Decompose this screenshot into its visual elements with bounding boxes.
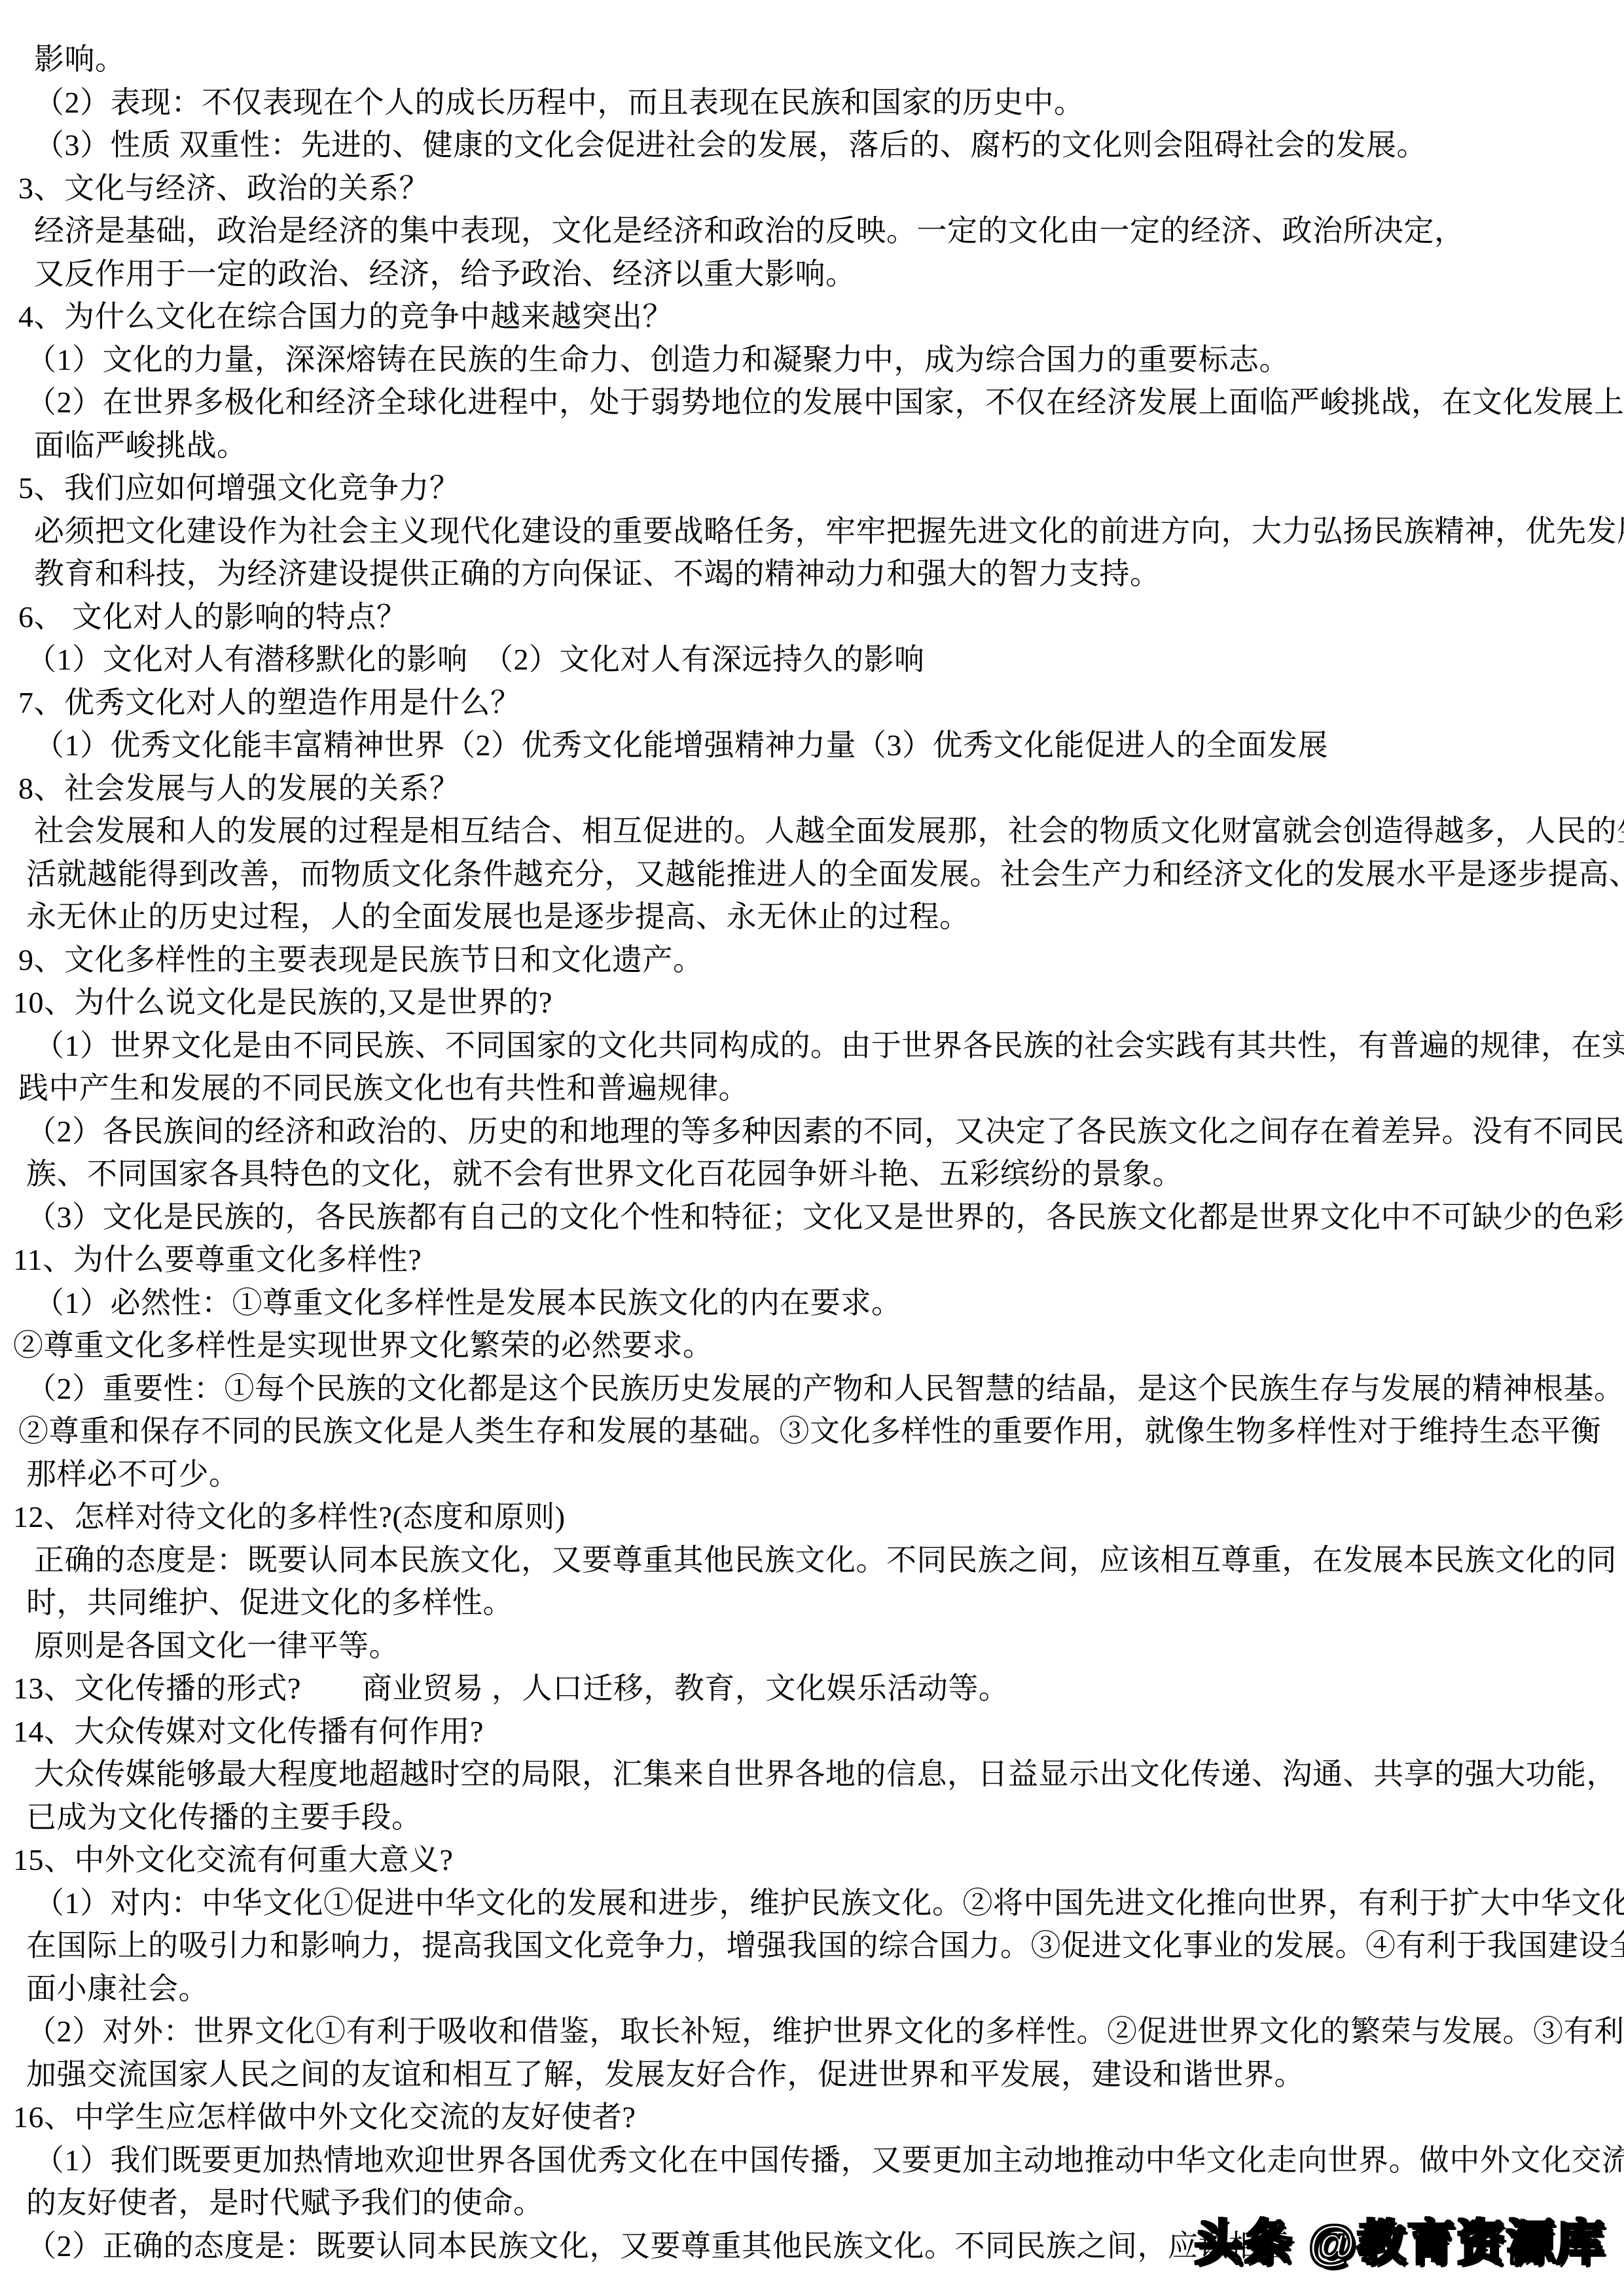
text-line: （3）文化是民族的，各民族都有自己的文化个性和特征；文化又是世界的，各民族文化都… <box>0 1196 1624 1239</box>
text-line: 10、为什么说文化是民族的,又是世界的? <box>0 981 1624 1024</box>
text-line: （1）我们既要更加热情地欢迎世界各国优秀文化在中国传播，又要更加主动地推动中华文… <box>0 2139 1624 2182</box>
text-line: ②尊重文化多样性是实现世界文化繁荣的必然要求。 <box>0 1324 1624 1367</box>
text-line: 3、文化与经济、政治的关系？ <box>0 167 1624 210</box>
document-page: 影响。（2）表现：不仅表现在个人的成长历程中，而且表现在民族和国家的历史中。（3… <box>0 0 1624 2296</box>
text-line: 社会发展和人的发展的过程是相互结合、相互促进的。人越全面发展那，社会的物质文化财… <box>0 810 1624 853</box>
text-line: 加强交流国家人民之间的友谊和相互了解，发展友好合作，促进世界和平发展，建设和谐世… <box>0 2053 1624 2096</box>
text-line: 必须把文化建设作为社会主义现代化建设的重要战略任务，牢牢把握先进文化的前进方向，… <box>0 510 1624 553</box>
text-line: 5、我们应如何增强文化竞争力？ <box>0 467 1624 510</box>
text-line: 大众传媒能够最大程度地超越时空的局限，汇集来自世界各地的信息，日益显示出文化传递… <box>0 1753 1624 1796</box>
text-line: （2）各民族间的经济和政治的、历史的和地理的等多种因素的不同，又决定了各民族文化… <box>0 1110 1624 1153</box>
text-line: 14、大众传媒对文化传播有何作用? <box>0 1710 1624 1753</box>
text-line: （1）对内：中华文化①促进中华文化的发展和进步，维护民族文化。②将中国先进文化推… <box>0 1882 1624 1925</box>
text-line: 16、中学生应怎样做中外文化交流的友好使者? <box>0 2096 1624 2139</box>
text-line: 9、文化多样性的主要表现是民族节日和文化遗产。 <box>0 939 1624 982</box>
text-line: 那样必不可少。 <box>0 1453 1624 1496</box>
text-line: （2）重要性：①每个民族的文化都是这个民族历史发展的产物和人民智慧的结晶，是这个… <box>0 1367 1624 1410</box>
text-line: 族、不同国家各具特色的文化，就不会有世界文化百花园争妍斗艳、五彩缤纷的景象。 <box>0 1153 1624 1196</box>
text-line: 原则是各国文化一律平等。 <box>0 1624 1624 1668</box>
watermark: 头条 @教育资源库 <box>1194 2204 1606 2274</box>
text-line: （1）优秀文化能丰富精神世界（2）优秀文化能增强精神力量（3）优秀文化能促进人的… <box>0 724 1624 767</box>
text-line: 永无休止的历史过程，人的全面发展也是逐步提高、永无休止的过程。 <box>0 895 1624 939</box>
text-line: 已成为文化传播的主要手段。 <box>0 1796 1624 1839</box>
text-line: 践中产生和发展的不同民族文化也有共性和普遍规律。 <box>0 1067 1624 1110</box>
text-line: （3）性质 双重性：先进的、健康的文化会促进社会的发展，落后的、腐朽的文化则会阻… <box>0 124 1624 167</box>
text-line: 时，共同维护、促进文化的多样性。 <box>0 1581 1624 1624</box>
text-line: 11、为什么要尊重文化多样性? <box>0 1238 1624 1282</box>
text-line: 7、优秀文化对人的塑造作用是什么？ <box>0 681 1624 725</box>
text-line: （1）必然性：①尊重文化多样性是发展本民族文化的内在要求。 <box>0 1282 1624 1325</box>
text-line: 经济是基础，政治是经济的集中表现，文化是经济和政治的反映。一定的文化由一定的经济… <box>0 209 1624 253</box>
text-line: 正确的态度是：既要认同本民族文化，又要尊重其他民族文化。不同民族之间，应该相互尊… <box>0 1539 1624 1582</box>
text-line: 在国际上的吸引力和影响力，提高我国文化竞争力，增强我国的综合国力。③促进文化事业… <box>0 1924 1624 1967</box>
text-line: 面临严峻挑战。 <box>0 424 1624 467</box>
text-line: （2）对外：世界文化①有利于吸收和借鉴，取长补短，维护世界文化的多样性。②促进世… <box>0 2010 1624 2053</box>
text-line: 6、 文化对人的影响的特点？ <box>0 596 1624 639</box>
text-line: （2）在世界多极化和经济全球化进程中，处于弱势地位的发展中国家，不仅在经济发展上… <box>0 381 1624 424</box>
document-body: 影响。（2）表现：不仅表现在个人的成长历程中，而且表现在民族和国家的历史中。（3… <box>0 0 1624 2267</box>
text-line: 面小康社会。 <box>0 1967 1624 2011</box>
text-line: （1）文化对人有潜移默化的影响 （2）文化对人有深远持久的影响 <box>0 638 1624 681</box>
text-line: 4、为什么文化在综合国力的竞争中越来越突出？ <box>0 295 1624 338</box>
text-line: （1）文化的力量，深深熔铸在民族的生命力、创造力和凝聚力中，成为综合国力的重要标… <box>0 338 1624 382</box>
text-line: 活就越能得到改善，而物质文化条件越充分，又越能推进人的全面发展。社会生产力和经济… <box>0 853 1624 896</box>
text-line: 又反作用于一定的政治、经济，给予政治、经济以重大影响。 <box>0 253 1624 296</box>
text-line: 8、社会发展与人的发展的关系？ <box>0 767 1624 810</box>
text-line: 15、中外文化交流有何重大意义? <box>0 1839 1624 1882</box>
text-line: 影响。 <box>0 38 1624 81</box>
text-line: 教育和科技，为经济建设提供正确的方向保证、不竭的精神动力和强大的智力支持。 <box>0 552 1624 596</box>
text-line: ②尊重和保存不同的民族文化是人类生存和发展的基础。③文化多样性的重要作用，就像生… <box>0 1410 1624 1453</box>
text-line: （1）世界文化是由不同民族、不同国家的文化共同构成的。由于世界各民族的社会实践有… <box>0 1024 1624 1067</box>
text-line: 13、文化传播的形式? 商业贸易 ，人口迁移，教育，文化娱乐活动等。 <box>0 1667 1624 1710</box>
text-line: （2）表现：不仅表现在个人的成长历程中，而且表现在民族和国家的历史中。 <box>0 81 1624 124</box>
text-line: 12、怎样对待文化的多样性?(态度和原则) <box>0 1496 1624 1539</box>
